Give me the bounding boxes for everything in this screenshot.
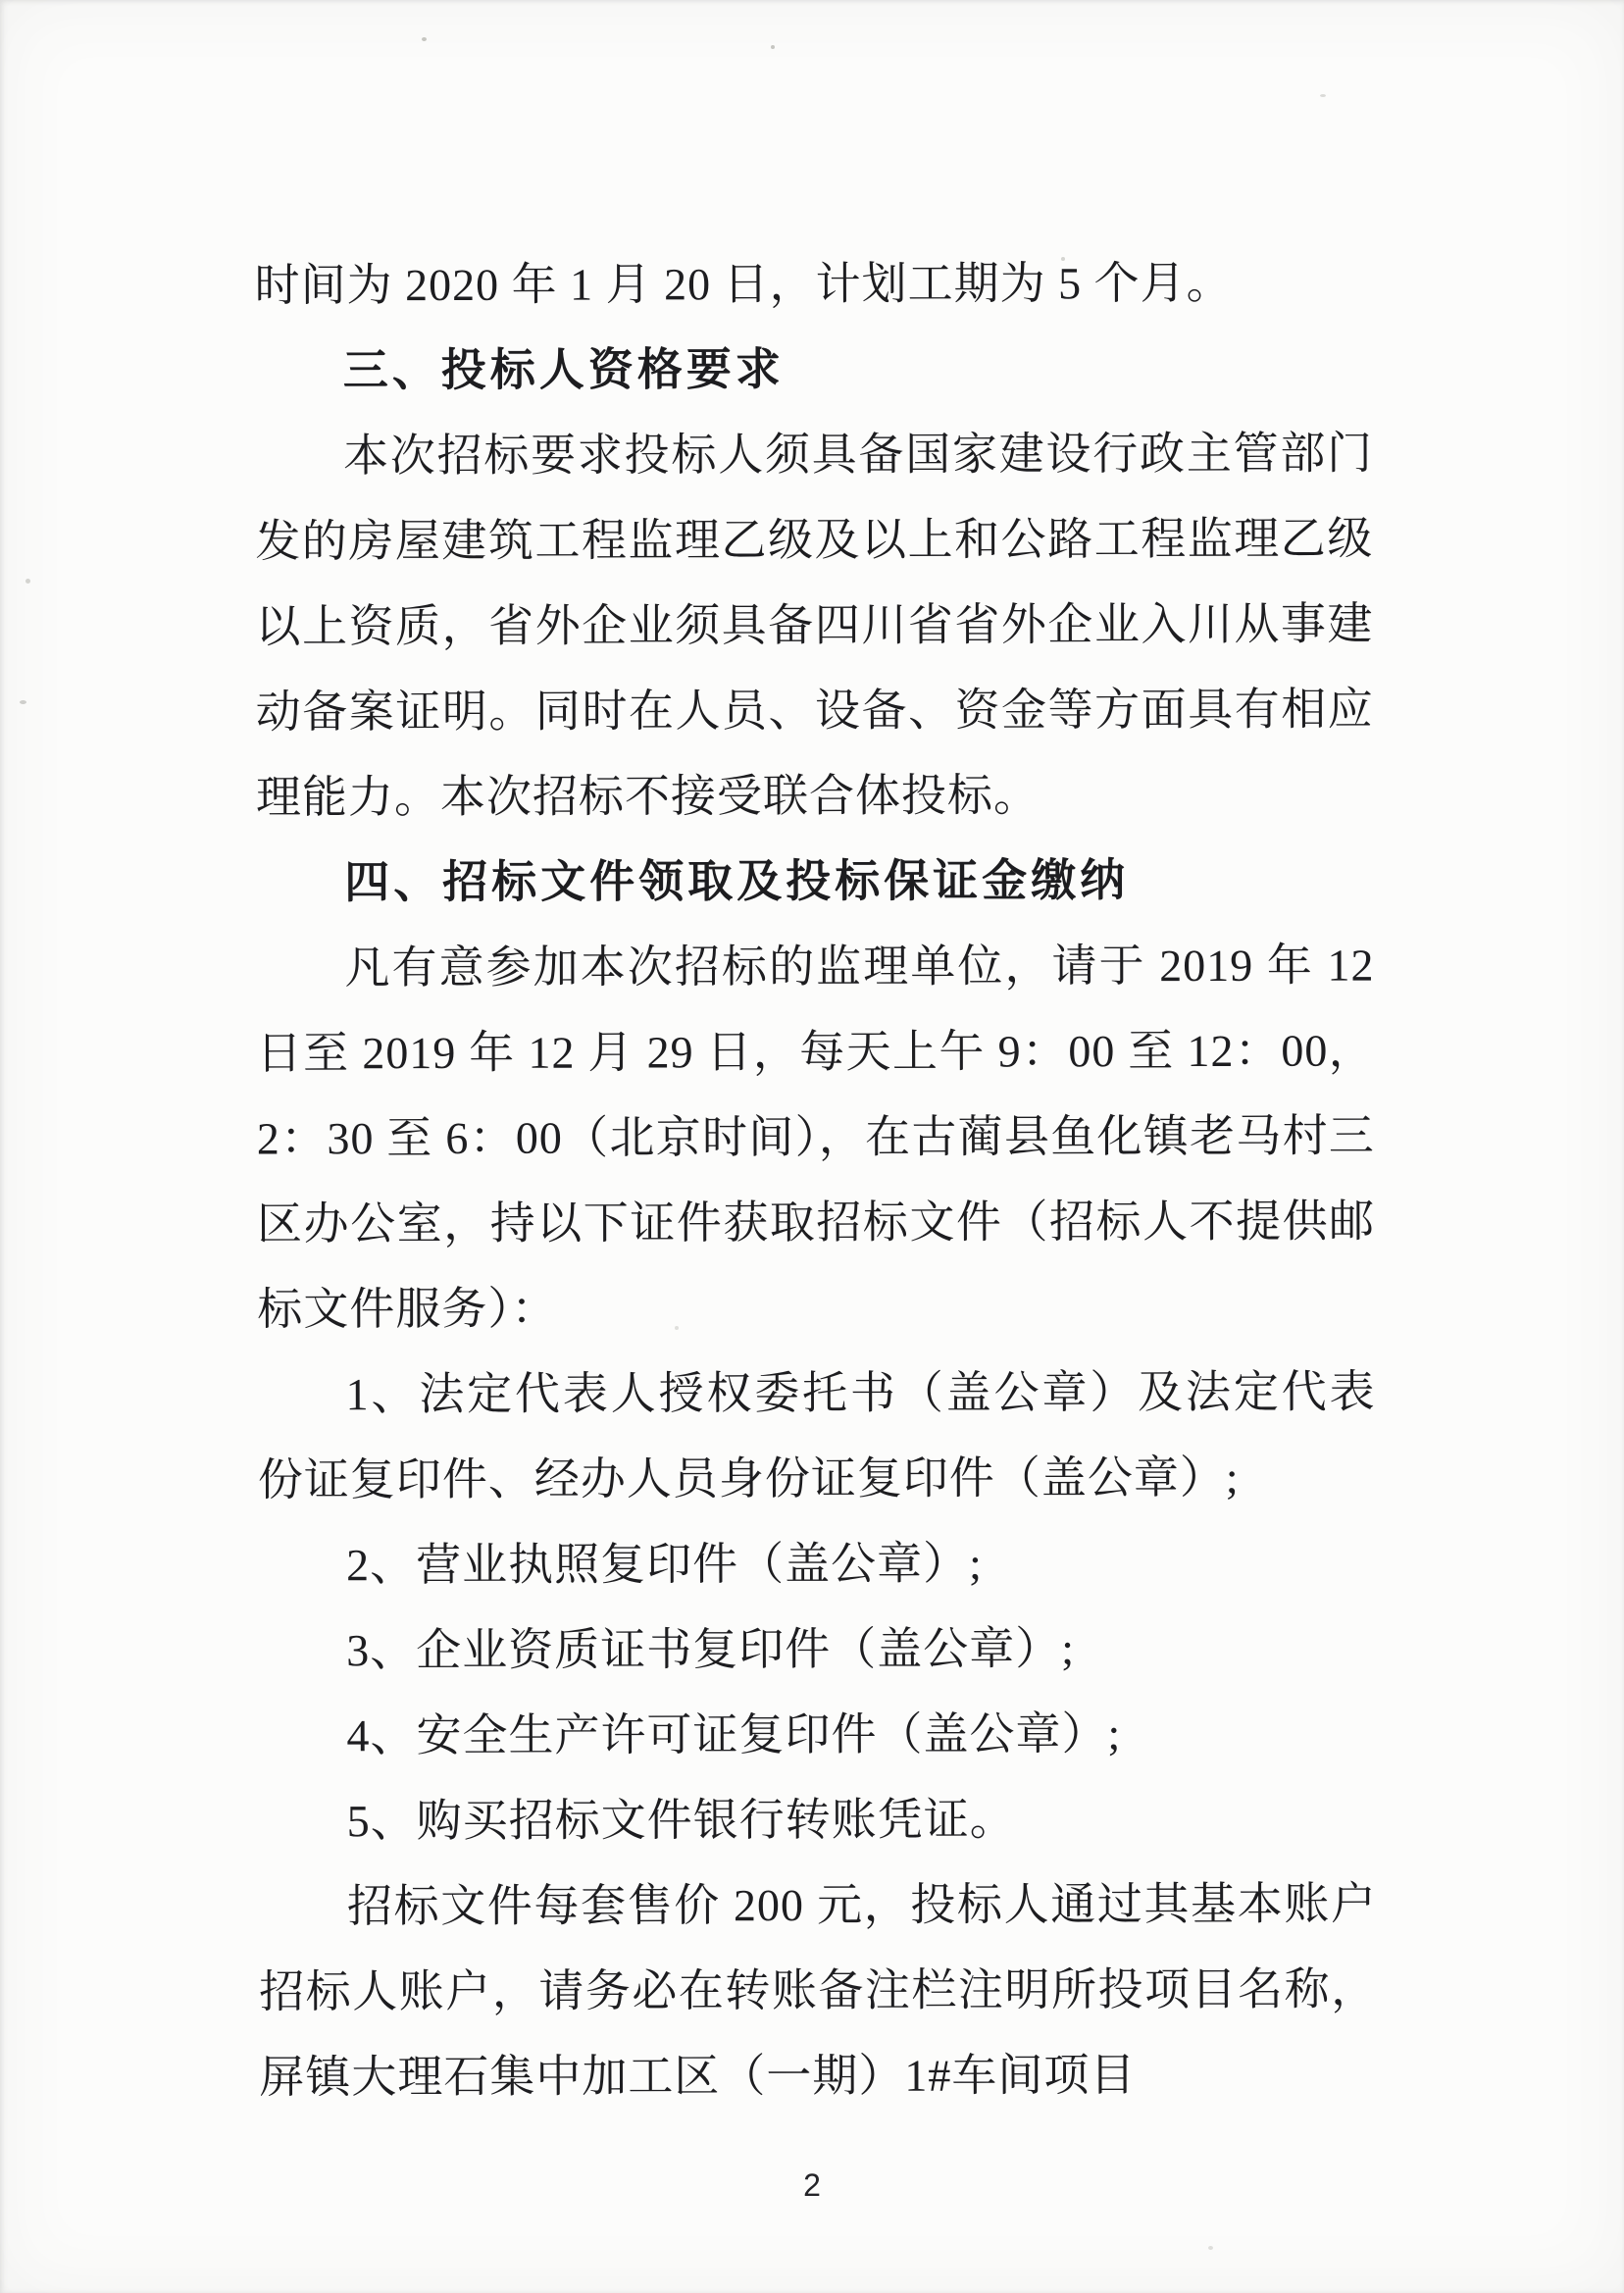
scan-speck — [20, 700, 26, 704]
text-line: 2：30 至 6：00（北京时间），在古蔺县鱼化镇老马村三社矿 — [257, 1094, 1375, 1182]
list-item: 4、安全生产许可证复印件（盖公章）; — [258, 1691, 1376, 1779]
document-body: 时间为 2020 年 1 月 20 日，计划工期为 5 个月。 三、投标人资格要… — [254, 240, 1377, 2120]
text-line: 时间为 2020 年 1 月 20 日，计划工期为 5 个月。 — [254, 240, 1372, 329]
text-line: 日至 2019 年 12 月 29 日，每天上午 9：00 至 12：00，下午 — [257, 1008, 1375, 1096]
section-heading-4: 四、招标文件领取及投标保证金缴纳 — [256, 838, 1374, 926]
list-item: 1、法定代表人授权委托书（盖公章）及法定代表人身 — [257, 1350, 1375, 1438]
section-heading-3: 三、投标人资格要求 — [255, 326, 1373, 414]
scan-speck — [25, 579, 30, 584]
scan-speck — [771, 45, 775, 49]
scan-speck — [1320, 94, 1326, 97]
scan-speck — [422, 37, 427, 41]
text-line: 标文件服务）： — [257, 1264, 1375, 1352]
text-line: 屏镇大理石集中加工区（一期）1#车间项目 — [259, 2032, 1377, 2120]
text-line: 动备案证明。同时在人员、设备、资金等方面具有相应的监 — [256, 667, 1374, 755]
text-line: 区办公室，持以下证件获取招标文件（招标人不提供邮购招 — [257, 1179, 1375, 1267]
text-line: 发的房屋建筑工程监理乙级及以上和公路工程监理乙级及 — [255, 496, 1373, 585]
list-item: 份证复印件、经办人员身份证复印件（盖公章）; — [258, 1435, 1376, 1523]
text-line: 凡有意参加本次招标的监理单位，请于 2019 年 12 月 25 — [256, 923, 1374, 1011]
text-line: 本次招标要求投标人须具备国家建设行政主管部门颁 — [255, 411, 1373, 499]
text-line: 理能力。本次招标不接受联合体投标。 — [256, 752, 1374, 841]
scanned-document-page: 时间为 2020 年 1 月 20 日，计划工期为 5 个月。 三、投标人资格要… — [0, 0, 1624, 2293]
list-item: 2、营业执照复印件（盖公章）; — [258, 1520, 1376, 1608]
text-line: 招标文件每套售价 200 元，投标人通过其基本账户汇入 — [259, 1861, 1377, 1950]
page-number: 2 — [788, 2162, 836, 2209]
scan-speck — [1208, 2246, 1213, 2250]
text-line: 以上资质，省外企业须具备四川省省外企业入川从事建筑活 — [255, 582, 1373, 670]
list-item: 5、购买招标文件银行转账凭证。 — [259, 1776, 1377, 1864]
list-item: 3、企业资质证书复印件（盖公章）; — [258, 1605, 1376, 1694]
text-line: 招标人账户，请务必在转账备注栏注明所投项目名称，即石 — [259, 1947, 1377, 2035]
